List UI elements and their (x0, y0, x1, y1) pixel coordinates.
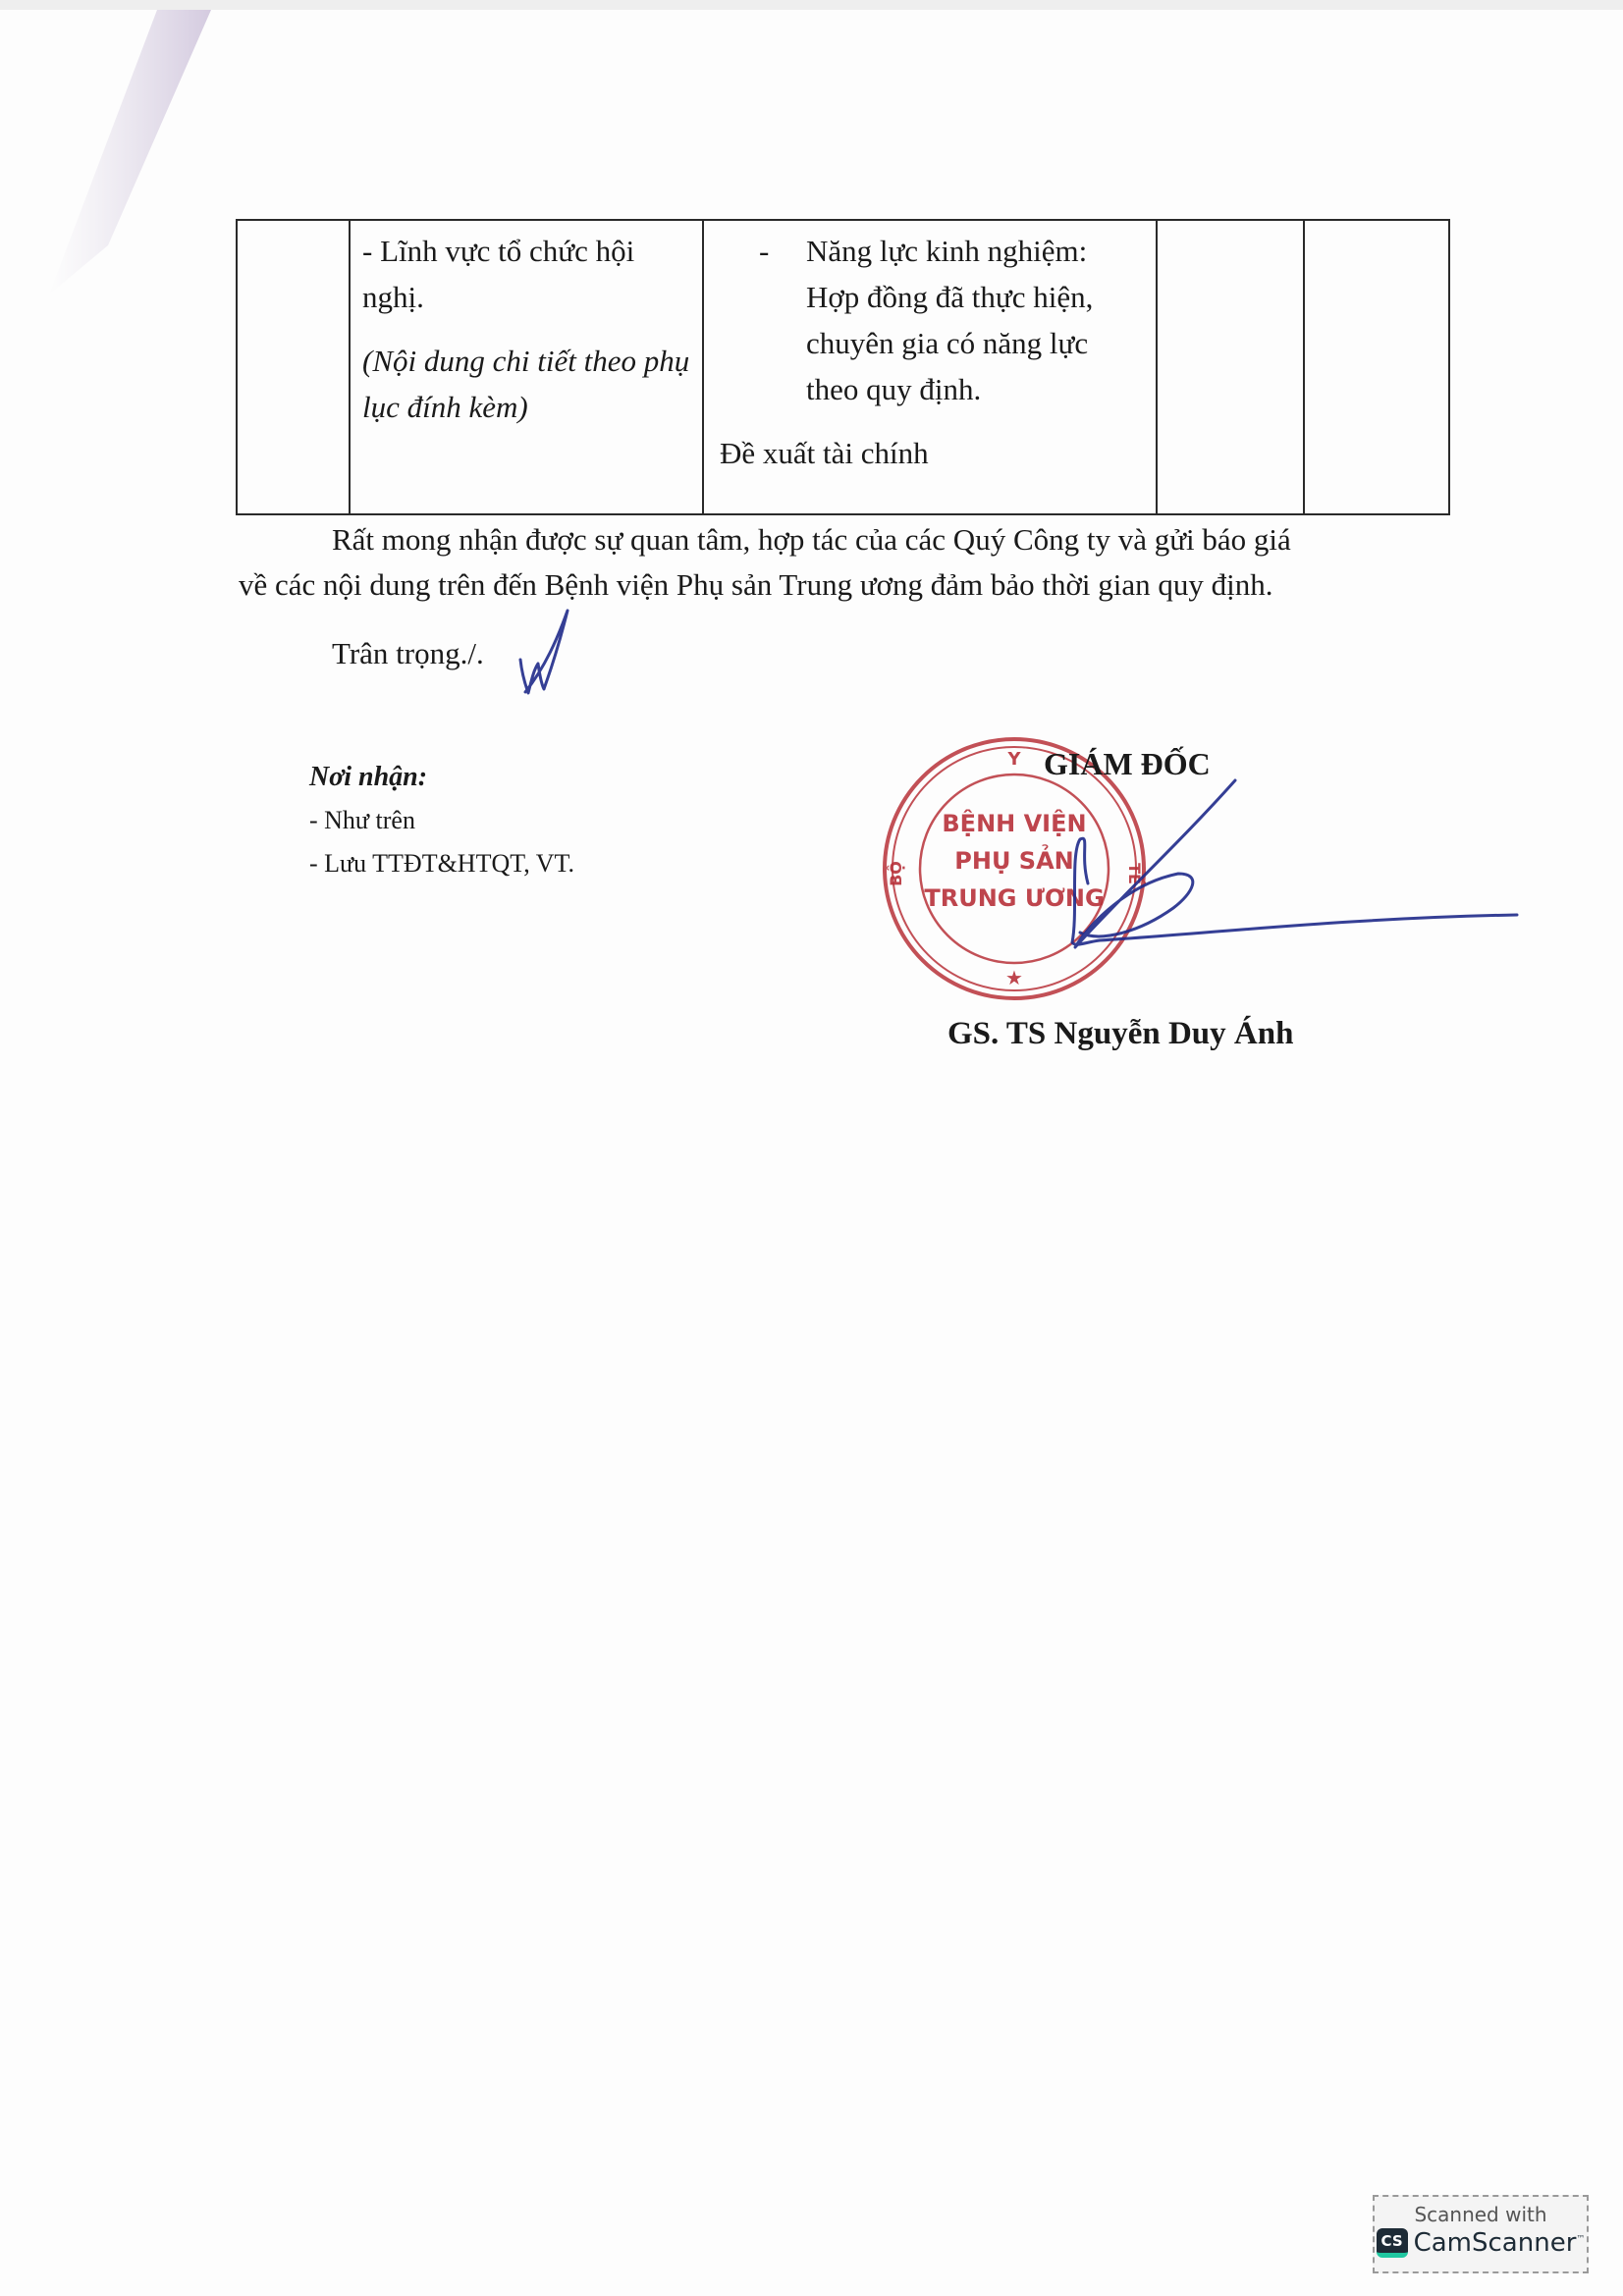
body-paragraph-line-1: Rất mong nhận được sự quan tâm, hợp tác … (332, 517, 1291, 562)
recipient-item: - Lưu TTĐT&HTQT, VT. (309, 842, 574, 885)
stamp-line-2: PHỤ SẢN (954, 842, 1073, 875)
recipients-block: Nơi nhận: - Như trên - Lưu TTĐT&HTQT, VT… (309, 756, 574, 885)
recipient-item: - Như trên (309, 799, 574, 842)
recipients-heading: Nơi nhận: (309, 756, 574, 799)
body-paragraph-line-2: về các nội dung trên đến Bệnh viện Phụ s… (239, 562, 1273, 608)
stamp-outer-left: BỘ (886, 861, 905, 886)
table-cell-empty-5 (1304, 220, 1449, 514)
table-row: - Lĩnh vực tổ chức hội nghị. (Nội dung c… (237, 220, 1449, 514)
stamp-line-3: TRUNG ƯƠNG (924, 884, 1104, 912)
closing-text: Trân trọng./. (332, 631, 484, 676)
watermark-top-text: Scanned with (1375, 2203, 1587, 2226)
stamp-outer-right: TẾ (1125, 863, 1146, 884)
table-cell-empty-4 (1157, 220, 1304, 514)
criteria-financial: Đề xuất tài chính (704, 430, 1156, 476)
watermark-brand: CamScanner (1414, 2228, 1577, 2258)
star-icon: ★ (1005, 966, 1023, 989)
requirements-table: - Lĩnh vực tổ chức hội nghị. (Nội dung c… (236, 219, 1450, 515)
criteria-experience: Năng lực kinh nghiệm: Hợp đồng đã thực h… (806, 228, 1146, 412)
trademark-mark: ™ (1576, 2234, 1585, 2244)
camscanner-logo-icon: CS (1377, 2228, 1408, 2258)
stamp-line-1: BỆNH VIỆN (942, 808, 1086, 837)
signer-name: GS. TS Nguyễn Duy Ánh (947, 1016, 1293, 1052)
table-cell-index (237, 220, 350, 514)
field-item: - Lĩnh vực tổ chức hội nghị. (362, 228, 692, 320)
table-cell-field: - Lĩnh vực tổ chức hội nghị. (Nội dung c… (350, 220, 703, 514)
field-note: (Nội dung chi tiết theo phụ lục đính kèm… (362, 338, 692, 430)
table-cell-criteria: - Năng lực kinh nghiệm: Hợp đồng đã thực… (703, 220, 1157, 514)
bullet-dash: - (759, 228, 806, 412)
signer-title: GIÁM ĐỐC (1044, 746, 1211, 782)
stamp-outer-top: Y (1006, 749, 1021, 770)
camscanner-watermark: Scanned with CS CamScanner™ (1373, 2195, 1589, 2273)
